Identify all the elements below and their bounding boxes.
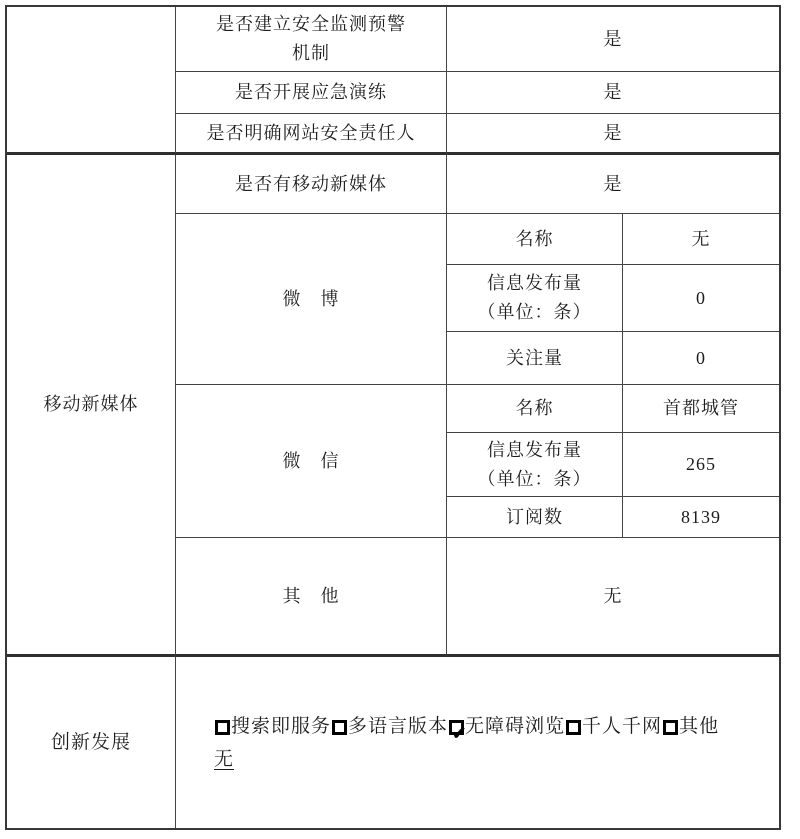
innovation-checkbox-row: 搜索即服务多语言版本无障碍浏览千人千网其他 [214,710,719,743]
wechat-label: 微 信 [176,385,447,538]
checkbox-checked-icon[interactable] [449,720,464,735]
security-row-label-0: 是否建立安全监测预警 机制 [176,7,447,72]
checkbox-icon[interactable] [566,720,581,735]
weibo-posts-value: 0 [623,265,779,332]
security-section-spacer-cell [7,7,176,155]
wechat-subs-value: 8139 [623,497,779,538]
has-mobile-value: 是 [447,155,779,214]
checkbox-label: 多语言版本 [348,716,448,737]
innovation-option-2: 无障碍浏览 [448,716,565,737]
mobile-section-header: 移动新媒体 [7,155,176,657]
innovation-option-1: 多语言版本 [331,716,448,737]
annual-report-table: 是否建立安全监测预警 机制 是 是否开展应急演练 是 是否明确网站安全责任人 是… [5,5,781,830]
innovation-section-header: 创新发展 [7,657,176,828]
weibo-name-label: 名称 [447,214,623,265]
wechat-posts-label: 信息发布量 （单位：条） [447,433,623,497]
checkbox-label: 搜索即服务 [231,716,331,737]
wechat-posts-value: 265 [623,433,779,497]
security-row-value-0: 是 [447,7,779,72]
mobile-other-value: 无 [447,538,779,657]
checkbox-label: 其他 [679,716,719,737]
weibo-followers-label: 关注量 [447,332,623,385]
wechat-subs-label: 订阅数 [447,497,623,538]
checkbox-label: 无障碍浏览 [465,716,565,737]
security-row-label-2: 是否明确网站安全责任人 [176,114,447,155]
weibo-posts-label: 信息发布量 （单位：条） [447,265,623,332]
checkbox-icon[interactable] [332,720,347,735]
checkbox-label: 千人千网 [582,716,662,737]
security-row-label-1: 是否开展应急演练 [176,72,447,114]
checkbox-icon[interactable] [663,720,678,735]
innovation-other-fill-value: 无 [214,743,234,776]
wechat-name-label: 名称 [447,385,623,433]
checkbox-icon[interactable] [215,720,230,735]
weibo-followers-value: 0 [623,332,779,385]
wechat-name-value: 首都城管 [623,385,779,433]
innovation-content-cell: 搜索即服务多语言版本无障碍浏览千人千网其他 无 [176,657,779,828]
innovation-option-3: 千人千网 [565,716,662,737]
innovation-option-4: 其他 [662,716,719,737]
mobile-other-label: 其 他 [176,538,447,657]
has-mobile-label: 是否有移动新媒体 [176,155,447,214]
weibo-label: 微 博 [176,214,447,385]
security-row-value-2: 是 [447,114,779,155]
security-row-value-1: 是 [447,72,779,114]
weibo-name-value: 无 [623,214,779,265]
innovation-option-0: 搜索即服务 [214,716,331,737]
